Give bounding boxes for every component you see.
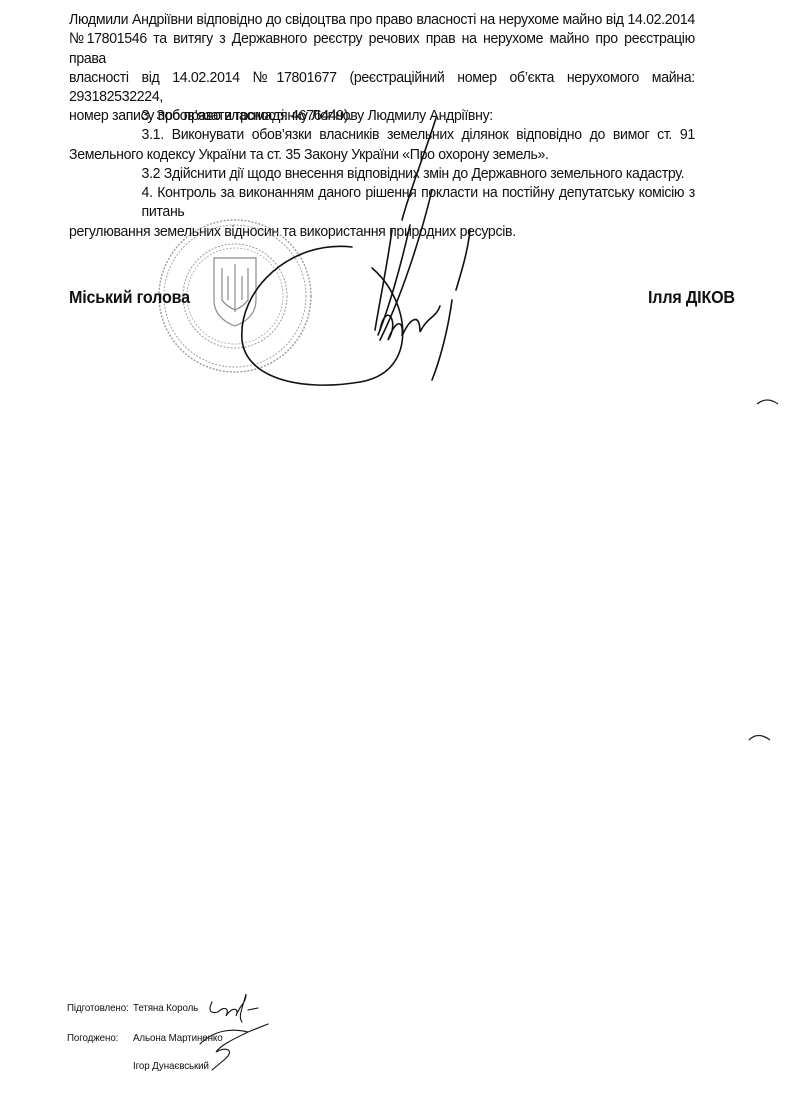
item-4-line-1: 4. Контроль за виконанням даного рішення… [69, 183, 695, 222]
trident-emblem-icon [214, 258, 256, 326]
item-3-1-line-2: Земельного кодексу України та ст. 35 Зак… [69, 145, 695, 164]
prepared-label: Підготовлено: [67, 1002, 129, 1014]
document-page: Людмили Андріївни відповідно до свідоцтв… [0, 0, 800, 1094]
text-line: Людмили Андріївни відповідно до свідоцтв… [69, 10, 695, 29]
position-title: Міський голова [69, 287, 190, 308]
text-line: №17801546 та витягу з Державного реєстру… [69, 29, 695, 68]
agreed-label: Погоджено: [67, 1032, 118, 1044]
text-line: власності від 14.02.2014 №17801677 (реєс… [69, 68, 695, 107]
item-3-2: 3.2 Здійснити дії щодо внесення відповід… [69, 164, 695, 183]
item-4-line-2: регулювання земельних відносин та викори… [69, 222, 695, 241]
agreed-by-1: Альона Мартиненко [133, 1032, 223, 1044]
paragraph-obligations: 3. Зобов’язати громадянку Логінову Людми… [69, 106, 695, 241]
agreed-by-2: Ігор Дунаєвський [133, 1060, 209, 1072]
prepared-by: Тетяна Король [133, 1002, 198, 1014]
item-3: 3. Зобов’язати громадянку Логінову Людми… [69, 106, 695, 125]
signer-name: Ілля ДІКОВ [648, 287, 735, 308]
item-3-1-line-1: 3.1. Виконувати обов’язки власників земе… [69, 125, 695, 144]
